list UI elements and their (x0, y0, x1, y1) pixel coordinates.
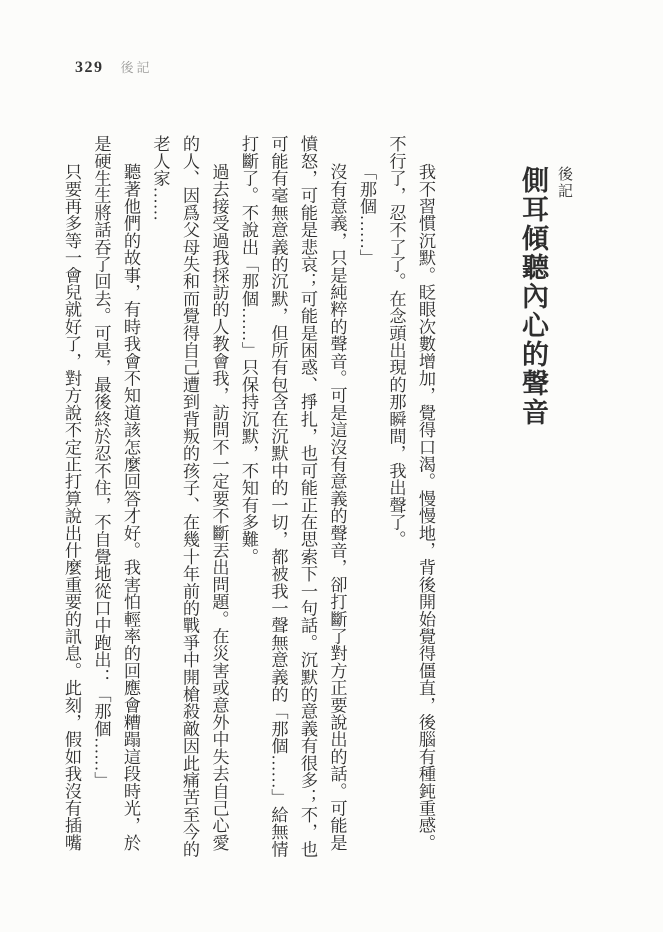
paragraph: 「那個……」 (352, 135, 382, 865)
paragraph: 過去接受過我採訪的人教會我，訪問不一定要不斷丟出問題。在災害或意外中失去自己心愛… (145, 135, 234, 865)
page-number: 329 (75, 59, 104, 77)
vertical-text-block: 後記 側耳傾聽內心的聲音 我不習慣沉默。眨眼次數增加，覺得口渴。慢慢地，背後開始… (57, 135, 579, 865)
chapter-title: 側耳傾聽內心的聲音 (516, 166, 550, 865)
body-text: 我不習慣沉默。眨眼次數增加，覺得口渴。慢慢地，背後開始覺得僵直，後腦有種鈍重感。… (57, 135, 441, 865)
book-page: 329 後記 後記 側耳傾聽內心的聲音 我不習慣沉默。眨眼次數增加，覺得口渴。慢… (0, 0, 663, 932)
running-head: 329 後記 (75, 57, 153, 77)
running-head-section: 後記 (121, 57, 153, 76)
paragraph: 聽著他們的故事，有時我會不知道該怎麼回答才好。我害怕輕率的回應會糟蹋這段時光，於… (86, 135, 145, 865)
paragraph: 只要再多等一會兒就好了，對方說不定正打算說出什麼重要的訊息。此刻，假如我沒有插嘴 (57, 135, 87, 865)
paragraph: 沒有意義，只是純粹的聲音。可是這沒有意義的聲音，卻打斷了對方正要說出的話。可能是… (234, 135, 352, 865)
chapter-label: 後記 (550, 166, 578, 865)
paragraph: 我不習慣沉默。眨眼次數增加，覺得口渴。慢慢地，背後開始覺得僵直，後腦有種鈍重感。… (381, 135, 440, 865)
